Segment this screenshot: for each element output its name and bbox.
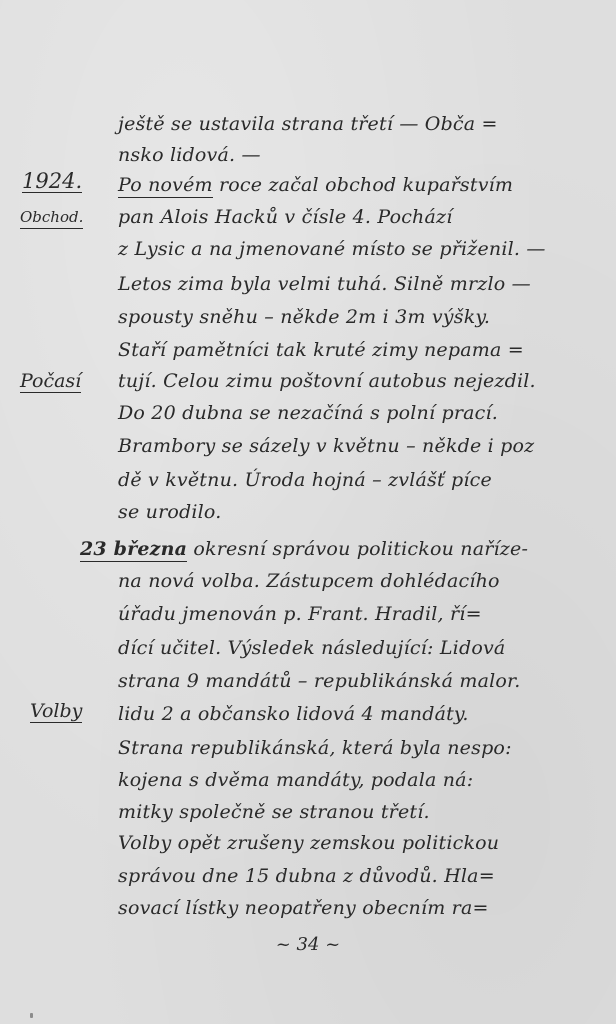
text-line: dící učitel. Výsledek následující: Lidov… — [118, 636, 505, 660]
line-rest: roce začal obchod kupařstvím — [213, 174, 513, 196]
text-line: tují. Celou zimu poštovní autobus nejezd… — [118, 369, 536, 393]
margin-note-year: 1924. — [22, 170, 82, 193]
text-line: spousty sněhu – někde 2m i 3m výšky. — [118, 305, 490, 329]
text-line: mitky společně se stranou třetí. — [118, 800, 430, 824]
page-number: ~ 34 ~ — [0, 934, 616, 955]
text-line: nsko lidová. — — [118, 143, 261, 167]
text-line: Volby opět zrušeny zemskou politickou — [118, 831, 499, 855]
underlined-phrase: Po novém — [118, 174, 213, 198]
line-rest: okresní správou politickou nařízе- — [187, 538, 528, 560]
text-line: Brambory se sázely v květnu – někde i po… — [118, 434, 534, 458]
text-line: ještě se ustavila strana třetí — Obča = — [118, 112, 498, 136]
underlined-date: 23 března — [80, 538, 187, 562]
text-line: úřadu jmenován p. Frant. Hradil, ří= — [118, 602, 482, 626]
document-page: 1924. Obchod. Počasí Volby ještě se usta… — [0, 0, 616, 1024]
text-line: dě v květnu. Úroda hojná – zvlášť píce — [118, 468, 492, 492]
text-line: pan Alois Hacků v čísle 4. Pochází — [118, 205, 453, 229]
text-line: sovací lístky neopatřeny obecním ra= — [118, 896, 489, 920]
paper-speck — [30, 1013, 33, 1018]
text-line: Letos zima byla velmi tuhá. Silně mrzlo … — [118, 272, 531, 296]
text-line: Strana republikánská, která byla nespo: — [118, 736, 512, 760]
text-line: se urodilo. — [118, 500, 221, 524]
margin-note-pocasi: Počasí — [20, 370, 81, 393]
text-line: na nová volba. Zástupcem dohlédacího — [118, 569, 500, 593]
text-line: správou dne 15 dubna z důvodů. Hla= — [118, 864, 495, 888]
text-line: strana 9 mandátů – republikánská malor. — [118, 669, 521, 693]
margin-note-volby: Volby — [30, 700, 82, 723]
text-line: Do 20 dubna se nezačíná s polní prací. — [118, 401, 498, 425]
text-line: Staří pamětníci tak kruté zimy nepama = — [118, 338, 524, 362]
text-line: lidu 2 a občansko lidová 4 mandáty. — [118, 702, 469, 726]
margin-note-obchod: Obchod. — [20, 206, 83, 229]
text-line: z Lysic a na jmenované místo se přiženil… — [118, 237, 546, 261]
text-line: 23 března okresní správou politickou nař… — [80, 537, 528, 561]
text-line: kojena s dvěma mandáty, podala ná: — [118, 768, 473, 792]
text-line: Po novém roce začal obchod kupařstvím — [118, 173, 513, 197]
